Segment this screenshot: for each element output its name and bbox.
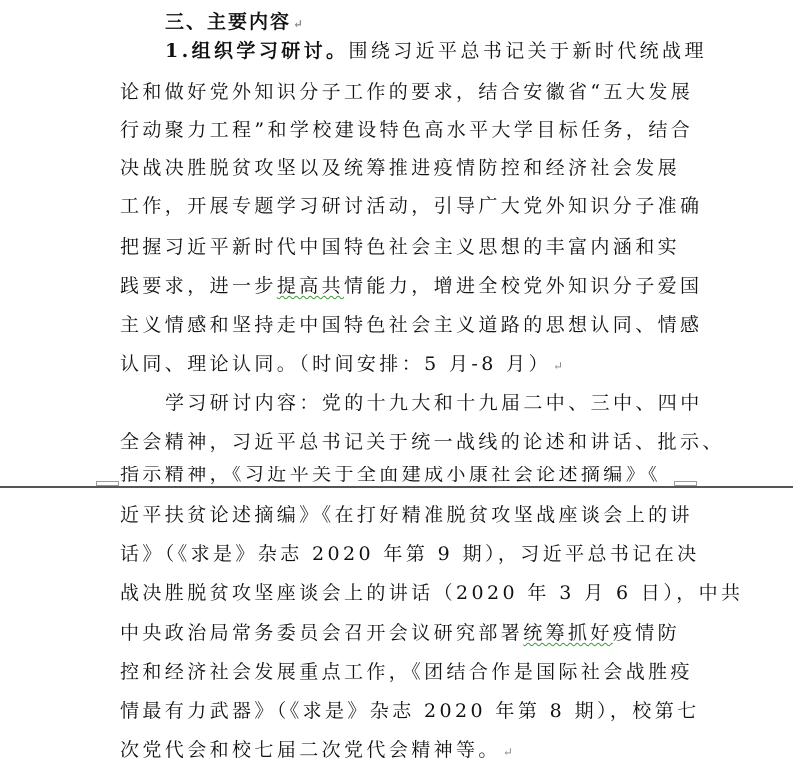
paragraph-1-line-8[interactable]: 主义情感和坚持走中国特色社会主义道路的思想认同、情感 (120, 310, 660, 340)
paragraph-2-line-3[interactable]: 指示精神，《习近平关于全面建成小康社会论述摘编》《习 (120, 466, 660, 484)
paragraph-1-line-9[interactable]: 认同、理论认同。（时间安排：5 月-8 月）↵ (120, 349, 660, 379)
paragraph-2-line-2[interactable]: 全会精神，习近平总书记关于统一战线的论述和讲话、批示、 (120, 427, 660, 457)
page-1: 三、主要内容↵ 1.组织学习研讨。围绕习近平总书记关于新时代统战理 论和做好党外… (0, 0, 793, 486)
paragraph-1-line-1[interactable]: 1.组织学习研讨。围绕习近平总书记关于新时代统战理 (165, 36, 660, 66)
corner-mark-right-icon (674, 481, 697, 486)
paragraph-mark-icon: ↵ (293, 17, 303, 31)
page-2-line-4[interactable]: 中央政治局常务委员会召开会议研究部署统筹抓好疫情防 (120, 618, 660, 648)
grammar-flagged-text[interactable]: 统筹抓好 (523, 622, 613, 644)
paragraph-mark-icon: ↵ (553, 359, 563, 373)
paragraph-1-line-5[interactable]: 工作，开展专题学习研讨活动，引导广大党外知识分子准确 (120, 191, 660, 221)
paragraph-1-line-2[interactable]: 论和做好党外知识分子工作的要求，结合安徽省“五大发展 (120, 77, 660, 107)
page-2: 近平扶贫论述摘编》《在打好精准脱贫攻坚战座谈会上的讲 话》（《求是》杂志 202… (0, 488, 793, 758)
page-2-line-6[interactable]: 情最有力武器》（《求是》杂志 2020 年第 8 期），校第七 (120, 696, 660, 726)
page-2-line-1[interactable]: 近平扶贫论述摘编》《在打好精准脱贫攻坚战座谈会上的讲 (120, 500, 660, 530)
spelling-flagged-text[interactable]: 校七届 (232, 739, 299, 758)
paragraph-1-line-4[interactable]: 决战决胜脱贫攻坚以及统筹推进疫情防控和经济社会发展 (120, 153, 660, 183)
paragraph-2-line-1[interactable]: 学习研讨内容：党的十九大和十九届二中、三中、四中 (165, 388, 660, 418)
paragraph-1-lead: 1.组织学习研讨。 (165, 40, 348, 62)
page-2-line-5[interactable]: 控和经济社会发展重点工作，《团结合作是国际社会战胜疫 (120, 657, 660, 687)
section-heading[interactable]: 三、主要内容↵ (165, 7, 303, 39)
page-2-line-2[interactable]: 话》（《求是》杂志 2020 年第 9 期），习近平总书记在决 (120, 539, 660, 569)
paragraph-mark-icon: ↵ (503, 745, 513, 758)
page-2-line-7[interactable]: 次党代会和校七届二次党代会精神等。↵ (120, 735, 660, 758)
paragraph-1-line-7[interactable]: 践要求，进一步提高共情能力，增进全校党外知识分子爱国 (120, 271, 660, 301)
page-2-line-3[interactable]: 战决胜脱贫攻坚座谈会上的讲话（2020 年 3 月 6 日），中共 (120, 578, 660, 608)
grammar-flagged-text[interactable]: 提高共 (277, 275, 344, 297)
corner-mark-left-icon (96, 481, 119, 486)
paragraph-1-line-3[interactable]: 行动聚力工程”和学校建设特色高水平大学目标任务，结合 (120, 115, 660, 145)
paragraph-1-line-6[interactable]: 把握习近平新时代中国特色社会主义思想的丰富内涵和实 (120, 232, 660, 262)
